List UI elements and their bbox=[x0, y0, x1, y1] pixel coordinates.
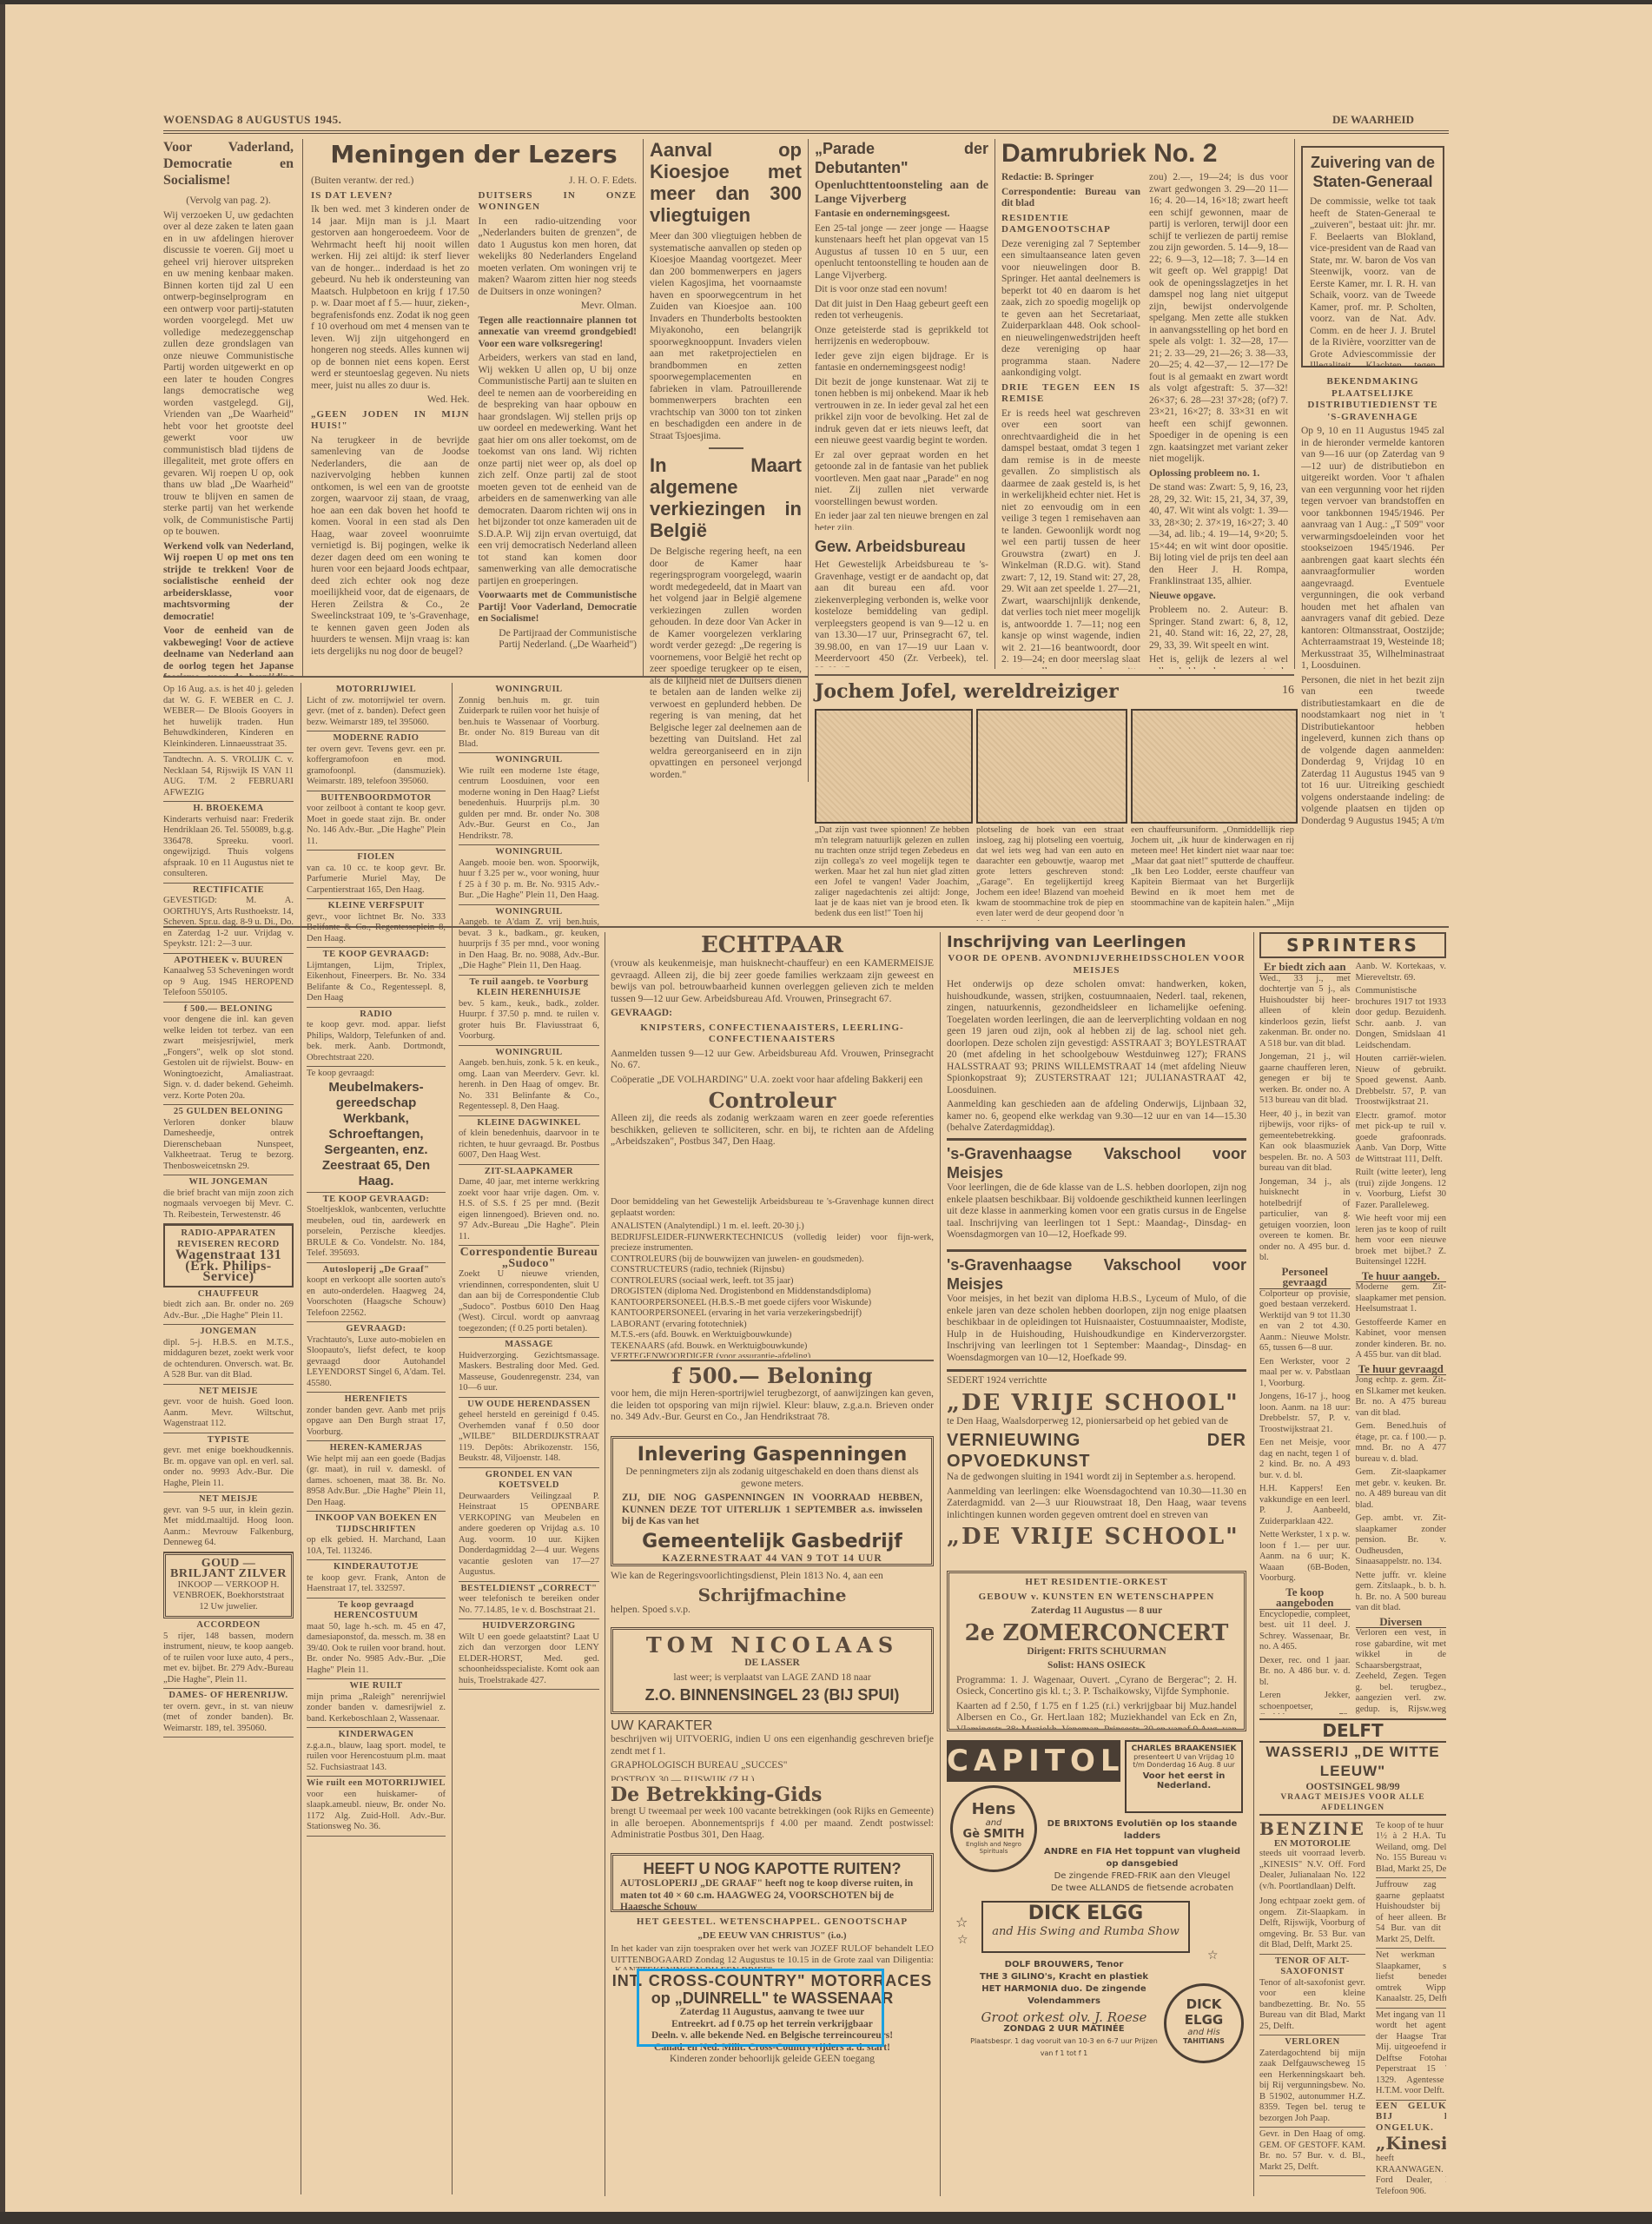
classified-item: Nette Werkster, 1 x p. w. loon f 1.— per… bbox=[1259, 1530, 1351, 1585]
vacancy: DROGISTEN (diploma Ned. Drogistenbond en… bbox=[611, 1287, 934, 1298]
text: HEREN-KAMERJAS bbox=[307, 1443, 446, 1454]
text: die brief bracht van mijn zoon zich nogm… bbox=[163, 1188, 294, 1221]
article-lezers: Meningen der Lezers (Buiten verantw. der… bbox=[311, 139, 637, 678]
text: HERENFIETS bbox=[307, 1394, 446, 1406]
classified-item: Wed., 33 j., met dochtertje van 5 j., al… bbox=[1259, 974, 1351, 1050]
dick-elgg-box: DICK ELGG and His Swing and Rumba Show bbox=[981, 1901, 1190, 1953]
classified-ad: HEREN-KAMERJASWie helpt mij aan een goed… bbox=[307, 1441, 446, 1512]
classified-ad: NET MEISJEgevr. van 9-5 uur, in klein ge… bbox=[163, 1493, 294, 1552]
ad-arbeidsbureau-vacatures: Door bemiddeling van het Gewestelijk Arb… bbox=[611, 1197, 934, 1358]
letter-body: Ik ben wed. met 3 kinderen onder de 14 j… bbox=[311, 204, 470, 392]
ad-body: De penningmeters zijn als zodanig uitges… bbox=[622, 1466, 922, 1490]
section-heading: Personeel gevraagd bbox=[1259, 1267, 1351, 1289]
classified-ad: FIOLENvan ca. 10 cc. te koop gevr. Br. P… bbox=[307, 851, 446, 899]
classified-ad: MASSAGEHuidverzorging. Gezichtsmassage. … bbox=[459, 1338, 599, 1398]
text: Zonnig ben.huis m. gr. tuin Zuiderpark t… bbox=[459, 696, 599, 751]
text: De zingende FRED-FRIK aan den Vleugel bbox=[1042, 1870, 1242, 1883]
text: ANDRE en FIA Het toppunt van vlugheid op… bbox=[1042, 1846, 1242, 1870]
classified-ad: UW OUDE HERENDASSENgeheel hersteld en ge… bbox=[459, 1398, 599, 1468]
vacancy: BEDRIJFSLEIDER-FIJNWERKTECHNICUS (volled… bbox=[611, 1233, 934, 1254]
promo-main: Voor het eerst in Nederland. bbox=[1129, 1771, 1239, 1790]
section-heading: Te huur aangeb. bbox=[1356, 1271, 1447, 1283]
text: DOLF BROUWERS, Tenor bbox=[964, 1959, 1164, 1971]
article-title: Zuivering van de Staten-Generaal bbox=[1310, 153, 1436, 191]
ad-title: f 500.— Beloning bbox=[611, 1364, 934, 1388]
article-body: Meer dan 300 vliegtuigen hebben de syste… bbox=[650, 231, 802, 442]
text: and His bbox=[1166, 2028, 1241, 2037]
text: voor dengene die inl. kan geven welke le… bbox=[163, 1015, 294, 1102]
ad-body: voor hem, die mijn Heren-sportrijwiel te… bbox=[611, 1388, 934, 1424]
text: KLEINE DAGWINKEL bbox=[459, 1118, 599, 1129]
text: gevr. met enige boekhoudkennis. Br. m. o… bbox=[163, 1446, 294, 1489]
text: BUITENBOORDMOTOR bbox=[307, 793, 446, 804]
classified-ad: WONINGRUILZonnig ben.huis m. gr. tuin Zu… bbox=[459, 683, 599, 753]
classified-ad: RADIOte koop gevr. mod. appar. liefst Ph… bbox=[307, 1008, 446, 1068]
classified-ad: Correspondentie Bureau „Sudoco"Zoekt U n… bbox=[459, 1246, 599, 1338]
correspondence: Correspondentie: Bureau van dit blad bbox=[1001, 187, 1140, 210]
text: TAHITIANS bbox=[1166, 2037, 1241, 2045]
wasserij-address: OOSTSINGEL 98/99 bbox=[1259, 1781, 1446, 1792]
classified-ad: Te koop gevraagd HERENCOSTUUMmaat 50, la… bbox=[307, 1598, 446, 1680]
text: zonder banden gevr. Aanb met prijs opgav… bbox=[307, 1406, 446, 1439]
comic-panel-2 bbox=[976, 709, 1127, 824]
ad-line: Kinderen zonder behoorlijk geleide GEEN … bbox=[611, 2054, 934, 2066]
text: koopt en verkoopt alle soorten auto's en… bbox=[307, 1275, 446, 1319]
text: Wie ruilt een moderne 1ste étage, centru… bbox=[459, 766, 599, 843]
classified-ad: WONINGRUILAangeb. te A'dam Z. vrij ben.h… bbox=[459, 905, 599, 976]
paragraph: Er zal over gepraat worden en het getoon… bbox=[815, 450, 988, 509]
article-body: De commissie, welke tot taak heeft de St… bbox=[1310, 196, 1436, 367]
ad-body: Alleen zij, die reeds als zodanig werkza… bbox=[611, 1113, 934, 1148]
page-edge bbox=[0, 0, 5, 2224]
ad-body: Aanmelding van leerlingen: elke Woensdag… bbox=[947, 1486, 1246, 1522]
text: Zoekt U nieuwe vrienden, vriendinnen, co… bbox=[459, 1269, 599, 1334]
classified-ad: VERLORENZaterdagochtend bij mijn zaak De… bbox=[1259, 2035, 1365, 2128]
ad-subtitle: VOOR DE OPENB. AVONDNIJVERHEIDSSCHOLEN V… bbox=[947, 953, 1246, 976]
text: te koop gevr. Frank, Anton de Haenstraat… bbox=[307, 1573, 446, 1595]
booking-info: Plaatsbespr. 1 dag vooruit van 10-3 en 6… bbox=[964, 2035, 1164, 2060]
section-body: Het is, gelijk de lezers al wel zullen h… bbox=[1149, 654, 1288, 669]
text: WONINGRUIL bbox=[459, 847, 599, 858]
text: UW OUDE HERENDASSEN bbox=[459, 1400, 599, 1411]
column-rule bbox=[940, 932, 941, 2196]
text: op elk gebied. H. Marchand, Laan 10A, Te… bbox=[307, 1535, 446, 1557]
circle-dick-elgg: DICK ELGG and His TAHITIANS bbox=[1164, 1983, 1244, 2063]
classified-ad: ZIT-SLAAPKAMERDame, 40 jaar, met interne… bbox=[459, 1165, 599, 1247]
classified-ad: JONGEMANdipl. 5-j. H.B.S. en M.T.S., mid… bbox=[163, 1325, 294, 1385]
column-rule bbox=[995, 139, 995, 669]
star-subtitle: and His Swing and Rumba Show bbox=[983, 1925, 1188, 1938]
classified-ad: Wie ruilt een MOTORRIJWIELvoor een huisk… bbox=[307, 1777, 446, 1837]
vacancy: CONTROLEURS (bij de bouwwijzen van juwel… bbox=[611, 1254, 934, 1266]
text: Gè SMITH bbox=[953, 1828, 1034, 1841]
text: geheel hersteld en gereinigd f 0.45. Ove… bbox=[459, 1410, 599, 1465]
ad-line: Zaterdag 11 Augustus, aanvang te twee uu… bbox=[611, 2007, 934, 2019]
text: RADIO bbox=[307, 1009, 446, 1021]
classified-ad: Te koop gevraagd:Meubelmakers-gereedscha… bbox=[307, 1067, 446, 1193]
letter-body: In een radio-uitzending voor „Nederlande… bbox=[479, 216, 638, 299]
ad-body: Na de gedwongen sluiting in 1941 wordt z… bbox=[947, 1472, 1246, 1484]
text: Te koop of te huur gevr.: 1½ à 2 H.A. Tu… bbox=[1376, 1821, 1446, 1876]
text: DE BRIXTONS Evolutiën op los staande lad… bbox=[1042, 1818, 1242, 1843]
separator bbox=[709, 447, 743, 449]
text: f 500.— BELONING bbox=[163, 1004, 294, 1016]
ad-intro: SEDERT 1924 verrichtte bbox=[947, 1375, 1246, 1387]
ad-schrijfmachine: Wie kan de Regeringsvoorlichtingsdienst,… bbox=[611, 1571, 934, 1625]
paragraph: Onze geteisterde stad is geprikkeld tot … bbox=[815, 325, 988, 348]
classified-item: Gem. Bened.huis of étage, pr. ca. f 100.… bbox=[1356, 1421, 1447, 1465]
issue-date: WOENSDAG 8 AUGUSTUS 1945. bbox=[163, 113, 341, 127]
classified-item: Ruilt (witte leeter), leng (trui) zijde … bbox=[1356, 1168, 1447, 1211]
column-rule bbox=[1294, 139, 1295, 669]
circle-hens-smith: Hens and Gè SMITH English and Negro Spir… bbox=[950, 1785, 1037, 1872]
benzine-subtitle: EN MOTOROLIE bbox=[1259, 1838, 1365, 1850]
article-title: Gew. Arbeidsbureau bbox=[815, 537, 988, 556]
section-heading: Oplossing probleem no. 1. bbox=[1149, 468, 1288, 480]
classified-item: Moderne gem. Zit-slaapkamer met pension.… bbox=[1356, 1282, 1447, 1315]
text: mijn prima „Raleigh" nerenrijwiel zonder… bbox=[307, 1692, 446, 1725]
letter-signature: Mevr. Olman. bbox=[479, 301, 638, 313]
classified-ad: Te ruil aangeb. te Voorburg KLEIN HERENH… bbox=[459, 976, 599, 1046]
star-icon: ☆ bbox=[957, 1933, 968, 1947]
text: GOUD — BRILJANT ZILVER bbox=[169, 1559, 287, 1580]
text: Deurwaarders Veilingzaal P. Heinstraat 1… bbox=[459, 1492, 599, 1579]
classified-ad: APOTHEEK v. BUURENKanaalweg 53 Schevenin… bbox=[163, 954, 294, 1003]
ad-title: ECHTPAAR bbox=[611, 932, 934, 958]
classified-ad: TE KOOP GEVRAAGD:Lijmtangen, Lijm, Tripl… bbox=[307, 948, 446, 1008]
classified-ad: Jong echtpaar zoekt gem. of ongem. Zit-S… bbox=[1259, 1895, 1365, 1955]
text: biedt zich aan. Br. onder no. 269 Adv.-B… bbox=[163, 1300, 294, 1321]
article-title: Voor Vaderland, Democratie en Socialisme… bbox=[163, 139, 294, 189]
ad-title: „DE VRIJE SCHOOL" bbox=[947, 1390, 1246, 1416]
ad-body: In het kader van zijn toespraken over he… bbox=[611, 1943, 934, 1970]
text: MODERNE RADIO bbox=[307, 733, 446, 745]
text: Stoeltjesklok, wanbcenten, verluchtte me… bbox=[307, 1205, 446, 1260]
text: Vrachtauto's, Luxe auto-mobielen en Sloo… bbox=[307, 1335, 446, 1390]
classified-ad: KINDERAUTOTJEte koop gevr. Frank, Anton … bbox=[307, 1560, 446, 1598]
ad-address: POSTBOX 30 — RIJSWIJK (Z.H.) bbox=[611, 1775, 934, 1782]
text: TYPISTE bbox=[163, 1435, 294, 1446]
ad-line: Canad. en Ned. Milit. Cross-Country-rijd… bbox=[611, 2042, 934, 2055]
comic-rule bbox=[815, 674, 1294, 676]
classified-ad: GRONDEL EN VAN KOETSVELDDeurwaarders Vei… bbox=[459, 1468, 599, 1582]
classified-ad: MOTORRIJWIELLicht of zw. motorrijwiel te… bbox=[307, 683, 446, 731]
article-damrubriek: Damrubriek No. 2 Redactie: B. Springer C… bbox=[1001, 139, 1288, 669]
article-title: In Maart algemene verkiezingen in België bbox=[650, 454, 802, 541]
ad-title: Inschrijving van Leerlingen bbox=[947, 932, 1246, 953]
classified-ad: f 500.— BELONINGvoor dengene die inl. ka… bbox=[163, 1003, 294, 1106]
ad-subtitle: op „DUINRELL" te WASSENAAR bbox=[611, 1989, 934, 2007]
comic-header: Jochem Jofel, wereldreiziger 16 bbox=[815, 680, 1294, 705]
ad-title: HEEFT U NOG KAPOTTE RUITEN? bbox=[620, 1859, 924, 1878]
benzine-body: steeds uit voorraad leverb. „KINESIS" N.… bbox=[1259, 1849, 1365, 1892]
ad-venue: GEBOUW v. KUNSTEN EN WETENSCHAPPEN bbox=[956, 1592, 1237, 1604]
wasserij-title: WASSERIJ „DE WITTE LEEUW" bbox=[1259, 1743, 1446, 1781]
classified-ad: HERENFIETSzonder banden gevr. Aanb met p… bbox=[307, 1393, 446, 1441]
ad-vrije-school: SEDERT 1924 verrichtte „DE VRIJE SCHOOL"… bbox=[947, 1369, 1246, 1571]
column-rule bbox=[605, 932, 605, 2196]
article-arbeidsbureau: Gew. Arbeidsbureau Het Gewestelijk Arbei… bbox=[815, 537, 988, 667]
classified-ad: WONINGRUILAangeb. mooie ben. won. Spoorw… bbox=[459, 845, 599, 905]
text: DAMES- OF HERENRIJW. bbox=[163, 1691, 294, 1702]
classified-ad: 25 GULDEN BELONINGVerloren donker blauw … bbox=[163, 1105, 294, 1175]
article-zuivering: Zuivering van de Staten-Generaal De comm… bbox=[1301, 146, 1444, 367]
ad-title: 's-Gravenhaagse Vakschool voor Meisjes bbox=[947, 1255, 1246, 1294]
ad-body: last weer; is verplaatst van LAGE ZAND 1… bbox=[620, 1672, 924, 1685]
article-title: Aanval op Kioesjoe met meer dan 300 vlie… bbox=[650, 139, 802, 226]
ad-org: HET GEESTEL. WETENSCHAPPEL. GENOOTSCHAP bbox=[611, 1916, 934, 1928]
text: Licht of zw. motorrijwiel ter overn. gev… bbox=[307, 696, 446, 729]
classified-ad-radio: RADIO-APPARATEN REVISEREN RECORDWagenstr… bbox=[163, 1224, 294, 1287]
text: MASSAGE bbox=[459, 1340, 599, 1351]
text: VERLOREN bbox=[1259, 2037, 1365, 2049]
classifieds-column-c: WONINGRUILZonnig ben.huis m. gr. tuin Zu… bbox=[459, 683, 599, 2194]
text: NET MEISJE bbox=[163, 1494, 294, 1506]
point: Voor de eenheid van de vakbeweging! Voor… bbox=[163, 625, 294, 678]
paragraph: Een 25-tal jonge — zeer jonge — Haagse k… bbox=[815, 223, 988, 282]
ad-footer: helpen. Spoed s.v.p. bbox=[611, 1605, 934, 1617]
article-title: „Parade der Debutanten" bbox=[815, 139, 988, 177]
classified-item: Wie heeft voor mij een leren jas te koop… bbox=[1356, 1214, 1447, 1268]
section-heading: Te koop aangeboden bbox=[1259, 1587, 1351, 1610]
comic-panel-1 bbox=[815, 709, 973, 824]
ad-org: HET RESIDENTIE-ORKEST bbox=[956, 1577, 1237, 1589]
ad-title: 's-Gravenhaagse Vakschool voor Meisjes bbox=[947, 1144, 1246, 1182]
text: gevr. voor de huish. Goed loon. Aanm. Me… bbox=[163, 1397, 294, 1430]
vacancy: LABORANT (ervaring fototechniek) bbox=[611, 1320, 934, 1331]
text: te koop gevr. mod. appar. liefst Philips… bbox=[307, 1020, 446, 1063]
article-vaderland: Voor Vaderland, Democratie en Socialisme… bbox=[163, 139, 294, 678]
article-title: Meningen der Lezers bbox=[311, 139, 637, 170]
text: WONINGRUIL bbox=[459, 755, 599, 766]
classified-item: Colporteur op provisie, goed bestaan ver… bbox=[1259, 1289, 1351, 1354]
ad-org: Gemeentelijk Gasbedrijf bbox=[622, 1531, 922, 1553]
column-rule bbox=[808, 139, 809, 782]
text: Zaterdagochtend bij mijn zaak Delfgauwsc… bbox=[1259, 2049, 1365, 2125]
text: bev. 5 kam., keuk., badk., zolder. Huurp… bbox=[459, 999, 599, 1042]
ad-body: Coöperatie „DE VOLHARDING" U.A. zoekt vo… bbox=[611, 1075, 934, 1087]
classified-ad: WONINGRUILAangeb. ben.huis, zonk. 5 k. e… bbox=[459, 1046, 599, 1116]
vacancy: KANTOORPERSONEEL (H.B.S.-B met goede cij… bbox=[611, 1298, 934, 1309]
text: NET MEISJE bbox=[163, 1387, 294, 1398]
capitol-acts: DE BRIXTONS Evolutiën op los staande lad… bbox=[1042, 1818, 1242, 1895]
classified-ad: Net werkman zoekt Slaapkamer, spoed, lie… bbox=[1376, 1949, 1446, 2009]
column-rule bbox=[1253, 932, 1254, 2196]
article-kioesjoe: Aanval op Kioesjoe met meer dan 300 vlie… bbox=[650, 139, 802, 782]
text: Kinderarts verhuisd naar: Frederik Hendr… bbox=[163, 815, 294, 880]
text: Verloren donker blauw Damesheedje, ontre… bbox=[163, 1118, 294, 1173]
section-body: Deze vereniging zal 7 September een simu… bbox=[1001, 239, 1140, 380]
text: HUIDVERZORGING bbox=[459, 1621, 599, 1632]
vacancy: KANTOORPERSONEEL (ervaring in het varia … bbox=[611, 1308, 934, 1320]
text: English and Negro Spirituals bbox=[953, 1841, 1034, 1855]
ad-title: Controleur bbox=[611, 1089, 934, 1113]
capitol-promo-box: CHARLES BRAAKENSIEK presenteert U van Vr… bbox=[1125, 1740, 1243, 1813]
text: TE KOOP GEVRAAGD: bbox=[307, 950, 446, 961]
ad-body: brengt U tweemaal per week 100 vacante b… bbox=[611, 1806, 934, 1842]
ad-program: Programma: 1. J. Wagenaar, Ouvert. „Cyra… bbox=[956, 1675, 1237, 1698]
text: ELGG bbox=[1166, 2012, 1241, 2028]
ad-address: KAZERNESTRAAT 44 VAN 9 TOT 14 UUR bbox=[622, 1553, 922, 1565]
classified-item: Jongens, 16-17 j., hoog loon. Aanm. na 1… bbox=[1259, 1392, 1351, 1435]
text: Dame, 40 jaar, met interne werkkring zoe… bbox=[459, 1177, 599, 1242]
column-rule bbox=[302, 139, 303, 678]
ad-body: AUTOSLOPERIJ „DE GRAAF" heeft nog te koo… bbox=[620, 1878, 924, 1912]
section-heading: Er biedt zich aan bbox=[1259, 962, 1351, 974]
benzine-title: BENZINE bbox=[1259, 1819, 1365, 1838]
ad-org: GRAPHOLOGISCH BUREAU „SUCCES" bbox=[611, 1760, 934, 1772]
text: JONGEMAN bbox=[163, 1327, 294, 1338]
column-rule bbox=[643, 139, 644, 678]
article-body: Het Gewestelijk Arbeidsbureau te 's-Grav… bbox=[815, 559, 988, 667]
ad-line: Entreekrt. ad f 0.75 op het terrein verk… bbox=[611, 2019, 934, 2031]
article-body: De Belgische regering heeft, na een door… bbox=[650, 546, 802, 781]
text: voor een huiskamer- of slaapk.ameubl. ni… bbox=[307, 1790, 446, 1833]
classified-item: Jongeman, 21 j., wil gaarne chaufferen l… bbox=[1259, 1052, 1351, 1107]
ad-body: Voor meisjes, in het bezit van diploma H… bbox=[947, 1294, 1246, 1364]
ad-body: Het onderwijs op deze scholen omvat: han… bbox=[947, 979, 1246, 1096]
ad-title: INT. CROSS-COUNTRY" MOTORRACES bbox=[611, 1972, 934, 1989]
vervolg-note: (Vervolg van pag. 2). bbox=[163, 195, 294, 208]
scan-border-bottom bbox=[0, 2212, 1652, 2224]
classified-ad: DAMES- OF HERENRIJW.ter overn. gevr., in… bbox=[163, 1689, 294, 1737]
ad-motorraces: INT. CROSS-COUNTRY" MOTORRACES op „DUINR… bbox=[611, 1972, 934, 2072]
text: WONINGRUIL bbox=[459, 1048, 599, 1059]
text: Met ingang van 11 Aug. wordt het agentsc… bbox=[1376, 2010, 1446, 2097]
text: voor zeilboot à contant te koop gevr. Mo… bbox=[307, 804, 446, 847]
article-title: BEKENDMAKING PLAATSELIJKE DISTRIBUTIEDIE… bbox=[1301, 376, 1444, 423]
text: Tenor of alt-saxofonist gevr. voor een k… bbox=[1259, 1978, 1365, 2033]
article-body: Wij verzoeken U, uw gedachten over al de… bbox=[163, 210, 294, 539]
text: Lijmtangen, Lijm, Triplex, Eikenhout, Fi… bbox=[307, 961, 446, 1004]
text: Te koop gevraagd HERENCOSTUUM bbox=[307, 1600, 446, 1622]
ad-gaspenningen: Inlevering Gaspenningen De penningmeters… bbox=[611, 1436, 934, 1566]
text: gevr. van 9-5 uur, in klein gezin. Met m… bbox=[163, 1506, 294, 1549]
classified-ad: CHAUFFEURbiedt zich aan. Br. onder no. 2… bbox=[163, 1287, 294, 1326]
ad-intro: Wie kan de Regeringsvoorlichtingsdienst,… bbox=[611, 1571, 934, 1583]
classified-ad: WIE RUILTmijn prima „Raleigh" nerenrijwi… bbox=[307, 1679, 446, 1728]
text: THE 3 GILINO's, Kracht en plastiek bbox=[964, 1971, 1164, 1983]
delft-left-column: BENZINE EN MOTOROLIE steeds uit voorraad… bbox=[1259, 1819, 1365, 2197]
ad-body: Voor leerlingen, die de 6de klasse van d… bbox=[947, 1182, 1246, 1241]
text: ZIT-SLAAPKAMER bbox=[459, 1167, 599, 1178]
ad-capitol: CAPITOL CHARLES BRAAKENSIEK presenteert … bbox=[947, 1740, 1246, 2083]
article-subtitle: Openluchttentoonsteling aan de Lange Vij… bbox=[815, 179, 988, 207]
letter-heading: „GEEN JODEN IN MIJN HUIS!" bbox=[311, 409, 470, 433]
vacancy: ANALISTEN (Analytendipl.) 1 m. el. leeft… bbox=[611, 1221, 934, 1233]
paragraph: Dat dit juist in Den Haag gebeurt geeft … bbox=[815, 299, 988, 322]
text: GEVESTIGD: M. A. OORTHUYS, Arts Rusthoek… bbox=[163, 896, 294, 950]
masthead: WOENSDAG 8 AUGUSTUS 1945. DE WAARHEID bbox=[163, 111, 1449, 134]
text: WIL JONGEMAN bbox=[163, 1177, 294, 1188]
section-heading: Te huur gevraagd bbox=[1356, 1364, 1447, 1376]
ad-soloist: Solist: HANS OSIECK bbox=[956, 1660, 1237, 1672]
ad-karakter: UW KARAKTER beschrijven wij UITVOERIG, i… bbox=[611, 1718, 934, 1781]
ad-intro: Door bemiddeling van het Gewestelijk Arb… bbox=[611, 1197, 934, 1219]
section-rule bbox=[163, 676, 808, 678]
text: HET HARMONIA duo. De zingende Volendamme… bbox=[964, 1983, 1164, 2008]
text: FIOLEN bbox=[307, 852, 446, 864]
classified-item: Houten carriër-wielen. Nieuw of gebruikt… bbox=[1356, 1054, 1447, 1109]
article-tagline: Fantasie en ondernemingsgeest. bbox=[815, 208, 988, 221]
classified-item: Gem. Zit-slaapkamer met gebr. v. keuken.… bbox=[1356, 1467, 1447, 1511]
classified-ad: Autosloperij „De Graaf"koopt en verkoopt… bbox=[307, 1263, 446, 1323]
ad-echtpaar: ECHTPAAR (vrouw als keukenmeisje, man hu… bbox=[611, 932, 934, 1193]
text: Wilt U een goede gelaatstint? Laat U zic… bbox=[459, 1632, 599, 1687]
text: z.g.a.n., blauw, laag sport. model, te r… bbox=[307, 1741, 446, 1774]
classified-item: Gestoffeerde Kamer en Kabinet, voor mens… bbox=[1356, 1318, 1447, 1361]
comic-title: Jochem Jofel, wereldreiziger bbox=[815, 680, 1119, 703]
ad-subtitle: DE LASSER bbox=[620, 1658, 924, 1670]
column-rule bbox=[301, 683, 301, 2194]
article-distributie: BEKENDMAKING PLAATSELIJKE DISTRIBUTIEDIE… bbox=[1301, 376, 1444, 828]
classified-ad: H. BROEKEMAKinderarts verhuisd naar: Fre… bbox=[163, 802, 294, 884]
article-body: Personen, die niet in het bezit zijn van… bbox=[1301, 675, 1444, 829]
vacancy: CONSTRUCTEURS (radio, techniek (Rijnsbu) bbox=[611, 1265, 934, 1276]
ad-betrekking-gids: De Betrekking-Gids brengt U tweemaal per… bbox=[611, 1784, 934, 1851]
text: gevr., voor lichtnet Br. No. 333 Belifan… bbox=[307, 912, 446, 945]
classified-ad: TENOR OF ALT-SAXOFONISTTenor of alt-saxo… bbox=[1259, 1955, 1365, 2036]
text: RECTIFICATIE bbox=[163, 885, 294, 897]
text: Net werkman zoekt Slaapkamer, spoed, lie… bbox=[1376, 1950, 1446, 2005]
delft-title: DELFT bbox=[1259, 1718, 1446, 1743]
text: of klein benedenhuis, daarvoor in te ric… bbox=[459, 1129, 599, 1162]
classified-ad: BUITENBOORDMOTORvoor zeilboot à contant … bbox=[307, 791, 446, 851]
classified-item: Heer, 40 j., in bezit van rijbewijs, voo… bbox=[1259, 1109, 1351, 1175]
editor: Redactie: B. Springer bbox=[1001, 172, 1140, 184]
section-body: De stand was: Zwart: 5, 9, 16, 23, 28, 2… bbox=[1149, 482, 1288, 588]
classified-item: Electr. gramof. motor met pick-up te rui… bbox=[1356, 1111, 1447, 1166]
paragraph: Ieder geve zijn eigen bijdrage. Er is fa… bbox=[815, 351, 988, 374]
classified-ad: TYPISTEgevr. met enige boekhoudkennis. B… bbox=[163, 1433, 294, 1493]
text: KLEINE VERFSPUIT bbox=[307, 901, 446, 912]
text: GEVRAAGD: bbox=[307, 1324, 446, 1335]
article-parade: „Parade der Debutanten" Openluchttentoon… bbox=[815, 139, 988, 530]
ad-title: TOM NICOLAAS bbox=[620, 1633, 924, 1658]
text: Op 16 Aug. a.s. is het 40 j. geleden dat… bbox=[163, 685, 294, 750]
capitol-logo: CAPITOL bbox=[947, 1740, 1120, 1782]
classified-ad: KINDERWAGENz.g.a.n., blauw, laag sport. … bbox=[307, 1728, 446, 1777]
comic-caption-2: plotseling de hoek van een straat insloe… bbox=[976, 825, 1124, 921]
comic-caption-3: een chauffeursuniform. „Onmiddellijk rie… bbox=[1131, 825, 1294, 921]
ad-title: UW KARAKTER bbox=[611, 1718, 934, 1734]
classified-item: Communistische brochures 1917 tot 1933 d… bbox=[1356, 986, 1447, 1051]
text: maat 50, lage h.-sch. m. 45 en 47, dames… bbox=[307, 1622, 446, 1677]
ad-subtitle: VERNIEUWING DER OPVOEDKUNST bbox=[947, 1430, 1246, 1472]
ad-beloning: f 500.— Beloning voor hem, die mijn Here… bbox=[611, 1364, 934, 1433]
ad-inschrijving: Inschrijving van Leerlingen VOOR DE OPEN… bbox=[947, 932, 1246, 1132]
text: WIE RUILT bbox=[307, 1681, 446, 1692]
classified-ad: Op 16 Aug. a.s. is het 40 j. geleden dat… bbox=[163, 683, 294, 753]
orchestra: Groot orkest olv. J. Roese bbox=[964, 2011, 1164, 2023]
text: Wagenstraat 131 (Erk. Philips-Service) bbox=[168, 1250, 289, 1283]
text: Te ruil aangeb. te Voorburg KLEIN HERENH… bbox=[459, 977, 599, 999]
letter-signature: Wed. Hek. bbox=[311, 394, 470, 407]
text: H. BROEKEMA bbox=[163, 804, 294, 815]
ad-vakschool-1: 's-Gravenhaagse Vakschool voor Meisjes V… bbox=[947, 1138, 1246, 1248]
text: Autosloperij „De Graaf" bbox=[307, 1265, 446, 1276]
text: MOTORRIJWIEL bbox=[307, 685, 446, 696]
section-heading: RESIDENTIE DAMGENOOTSCHAP bbox=[1001, 213, 1140, 236]
text: APOTHEEK v. BUUREN bbox=[163, 956, 294, 967]
text: Huidverzorging. Gezichtsmassage. Maskers… bbox=[459, 1351, 599, 1394]
section-body: Arbeiders, werkers van stad en land, Wij… bbox=[479, 353, 638, 587]
ad-zomerconcert: HET RESIDENTIE-ORKEST GEBOUW v. KUNSTEN … bbox=[947, 1571, 1246, 1731]
classified-ad: Juffrouw zag zich gaarne geplaatst als H… bbox=[1376, 1878, 1446, 1949]
letter-body: Na terugkeer in de bevrijde samenleving … bbox=[311, 435, 470, 659]
classifieds-column-a: Op 16 Aug. a.s. is het 40 j. geleden dat… bbox=[163, 683, 294, 2194]
classified-item: Encyclopedie, compleet, best. uit 11 dee… bbox=[1259, 1610, 1351, 1653]
